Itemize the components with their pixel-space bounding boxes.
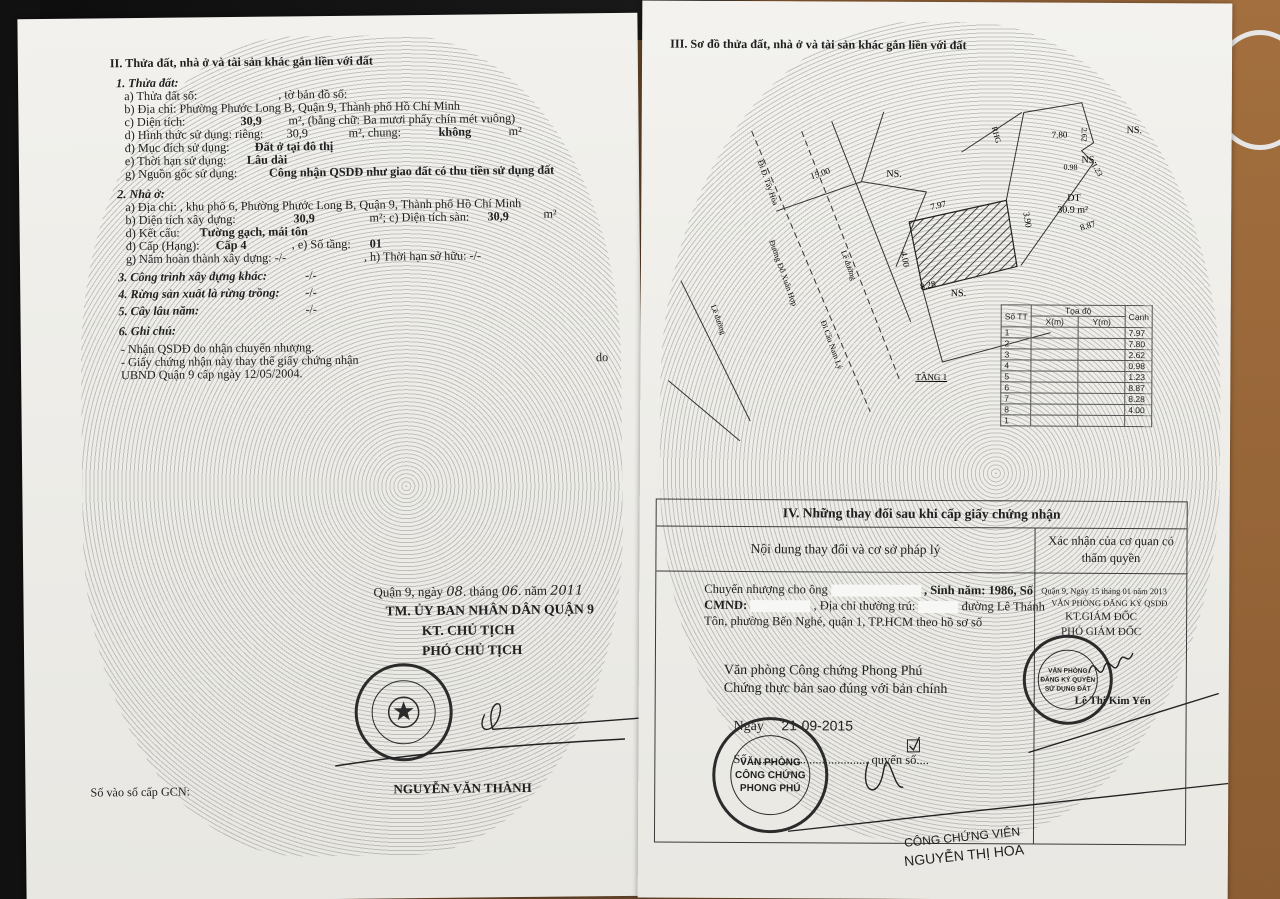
svg-text:7.80: 7.80 (1052, 130, 1068, 140)
handwritten-signature (324, 673, 645, 776)
y-coord (1078, 349, 1125, 360)
y-coord (1078, 327, 1125, 338)
x-coord (1031, 382, 1078, 393)
house-ownership-term: , h) Thời hạn sở hữu: -/- (364, 248, 481, 263)
section-title: II. Thửa đất, nhà ở và tài sản khác gắn … (110, 54, 373, 71)
table-row: 32.62 (1001, 349, 1152, 361)
y-coord (1078, 404, 1125, 415)
road-edge (668, 381, 740, 441)
svg-text:Đi Đ. Tây Hòa: Đi Đ. Tây Hòa (756, 159, 781, 207)
land-origin-value: Công nhận QSDĐ như giao đất có thu tiền … (269, 163, 554, 180)
row-number: 1 (1001, 327, 1031, 338)
col-header-coords: Tọa độ (1031, 305, 1125, 316)
signing-role-2: PHÓ CHỦ TỊCH (422, 642, 522, 659)
perennial-trees-value: -/- (305, 302, 317, 316)
changes-col-confirmation: Xác nhận của cơ quan có thẩm quyền (1035, 529, 1186, 574)
certificate-right-page: III. Sơ đồ thửa đất, nhà ở và tài sản kh… (638, 0, 1233, 899)
svg-text:RHG: RHG (990, 126, 1003, 145)
table-row: 27.80 (1001, 338, 1152, 350)
row-number: 5 (1001, 371, 1031, 382)
signature-date: Quận 9, ngày 08. tháng 06. năm 2011 (373, 583, 583, 600)
notary-statement: Chứng thực bản sao đúng với bản chính (724, 682, 948, 697)
table-row: 1 (1001, 415, 1152, 427)
svg-text:30.9 m²: 30.9 m² (1057, 205, 1088, 216)
perennial-trees-label: 5. Cây lâu năm: (118, 303, 199, 318)
house-footprint (909, 200, 1017, 291)
col-header-y: Y(m) (1078, 316, 1125, 327)
redacted-house-number (918, 601, 958, 613)
house-floors-value: 01 (370, 236, 382, 250)
y-coord (1078, 382, 1125, 393)
svg-text:DT: DT (1067, 193, 1080, 204)
x-coord (1031, 338, 1078, 349)
land-usage-unit: m², chung: (349, 125, 402, 140)
row-number: 2 (1001, 338, 1031, 349)
notes-heading: 6. Ghi chú: (119, 324, 176, 339)
coordinate-table: Số TT Tọa độ Cạnh X(m) Y(m) 17.9727.8032… (1000, 304, 1153, 427)
section-title-map: III. Sơ đồ thửa đất, nhà ở và tài sản kh… (670, 37, 967, 53)
checkmark-icon (906, 736, 922, 754)
row-number: 1 (1001, 415, 1031, 426)
row-number: 7 (1001, 393, 1031, 404)
svg-text:NS.: NS. (1127, 125, 1142, 136)
edge-length: 0.98 (1125, 360, 1152, 371)
production-forest-value: -/- (305, 285, 317, 299)
house-completion-year: g) Năm hoàn thành xây dựng: -/- (126, 250, 286, 266)
row-number: 8 (1001, 404, 1031, 415)
edge-length: 8.87 (1125, 382, 1152, 393)
svg-text:7.97: 7.97 (929, 198, 947, 212)
notes-line-3: UBND Quận 9 cấp ngày 12/05/2004. (121, 366, 303, 382)
row-number: 4 (1001, 360, 1031, 371)
production-forest-label: 4. Rừng sản xuất là rừng trồng: (118, 286, 279, 302)
x-coord (1031, 415, 1078, 426)
notes-line-2-tail: do (596, 350, 608, 364)
x-coord (1031, 404, 1078, 415)
notary-office: Văn phòng Công chứng Phong Phú (724, 664, 923, 679)
svg-text:Đi Cầu Nam Lý: Đi Cầu Nam Lý (819, 319, 845, 370)
svg-text:NS.: NS. (886, 169, 901, 180)
svg-text:NS.: NS. (1081, 155, 1096, 166)
changes-col-content: Nội dung thay đổi và cơ sở pháp lý (656, 527, 1035, 573)
house-floor-area-label: m²; c) Diện tích sàn: (369, 210, 469, 225)
col-header-no: Số TT (1001, 305, 1031, 327)
table-row: 51.23 (1001, 371, 1152, 383)
house-build-area-value: 30,9 (293, 211, 314, 225)
x-coord (1031, 349, 1078, 360)
col-header-x: X(m) (1031, 316, 1078, 327)
y-coord (1078, 338, 1125, 349)
changes-title: IV. Những thay đổi sau khi cấp giấy chứn… (657, 500, 1187, 530)
table-row: 68.87 (1001, 382, 1152, 394)
land-area-unit: m², (bằng chữ: Ba mươi phẩy chín mét vuô… (288, 111, 515, 127)
land-purpose-value: Đất ở tại đô thị (255, 139, 334, 154)
edge-length: 4.00 (1125, 404, 1152, 415)
x-coord (1031, 360, 1078, 371)
redacted-id (750, 600, 810, 612)
other-construction-label: 3. Công trình xây dựng khác: (118, 269, 267, 285)
svg-text:2.62: 2.62 (1080, 128, 1089, 142)
svg-text:8.87: 8.87 (1079, 218, 1098, 232)
svg-text:4.00: 4.00 (899, 250, 912, 268)
svg-text:Đường Đỗ Xuân Hợp: Đường Đỗ Xuân Hợp (767, 239, 799, 307)
col-header-edge: Cạnh (1125, 305, 1152, 327)
edge-length (1125, 415, 1152, 426)
table-row: 17.97 (1001, 327, 1152, 339)
other-construction-value: -/- (305, 268, 317, 282)
y-coord (1078, 415, 1125, 426)
table-row: 84.00 (1001, 404, 1152, 416)
y-coord (1078, 360, 1125, 371)
svg-text:Lề đường: Lề đường (709, 303, 728, 335)
x-coord (1031, 371, 1078, 382)
edge-length: 7.80 (1125, 338, 1152, 349)
signer-name: NGUYỄN VĂN THÀNH (393, 780, 531, 797)
signature-day: 08 (446, 585, 463, 600)
register-number-label: Số vào sổ cấp GCN: (90, 785, 190, 800)
signing-organization: TM. ỦY BAN NHÂN DÂN QUẬN 9 (386, 601, 595, 619)
land-usage-shared: không (439, 125, 472, 139)
edge-length: 2.62 (1125, 349, 1152, 360)
table-row: 78.28 (1001, 393, 1152, 405)
edge-length: 7.97 (1125, 327, 1152, 338)
edge-length: 1.23 (1125, 371, 1152, 382)
svg-text:0.98: 0.98 (1063, 163, 1077, 172)
redacted-name (831, 585, 921, 597)
house-floor-area-unit: m² (543, 207, 556, 221)
land-usage-unit2: m² (509, 124, 522, 138)
svg-text:NS.: NS. (951, 288, 966, 299)
land-origin-label: g) Nguồn gốc sử dụng: (125, 166, 237, 181)
row-number: 6 (1001, 382, 1031, 393)
signature-year: 2011 (550, 583, 583, 598)
y-coord (1078, 371, 1125, 382)
certificate-left-page: II. Thửa đất, nhà ở và tài sản khác gắn … (17, 13, 646, 899)
x-coord (1031, 327, 1078, 338)
change-entry-line3: Tôn, phường Bến Nghé, quận 1, TP.HCM the… (704, 614, 982, 629)
house-floor-area-value: 30,9 (487, 209, 508, 223)
row-number: 3 (1001, 349, 1031, 360)
y-coord (1078, 393, 1125, 404)
svg-text:TẦNG 1: TẦNG 1 (915, 372, 947, 382)
signing-role-1: KT. CHỦ TỊCH (422, 622, 515, 639)
x-coord (1031, 393, 1078, 404)
edge-length: 8.28 (1125, 393, 1152, 404)
table-row: 40.98 (1001, 360, 1152, 372)
svg-text:Lề đường: Lề đường (839, 249, 858, 281)
house-floors-label: , e) Số tầng: (292, 237, 351, 252)
signature-month: 06 (501, 584, 518, 599)
svg-text:3.90: 3.90 (1021, 211, 1034, 229)
